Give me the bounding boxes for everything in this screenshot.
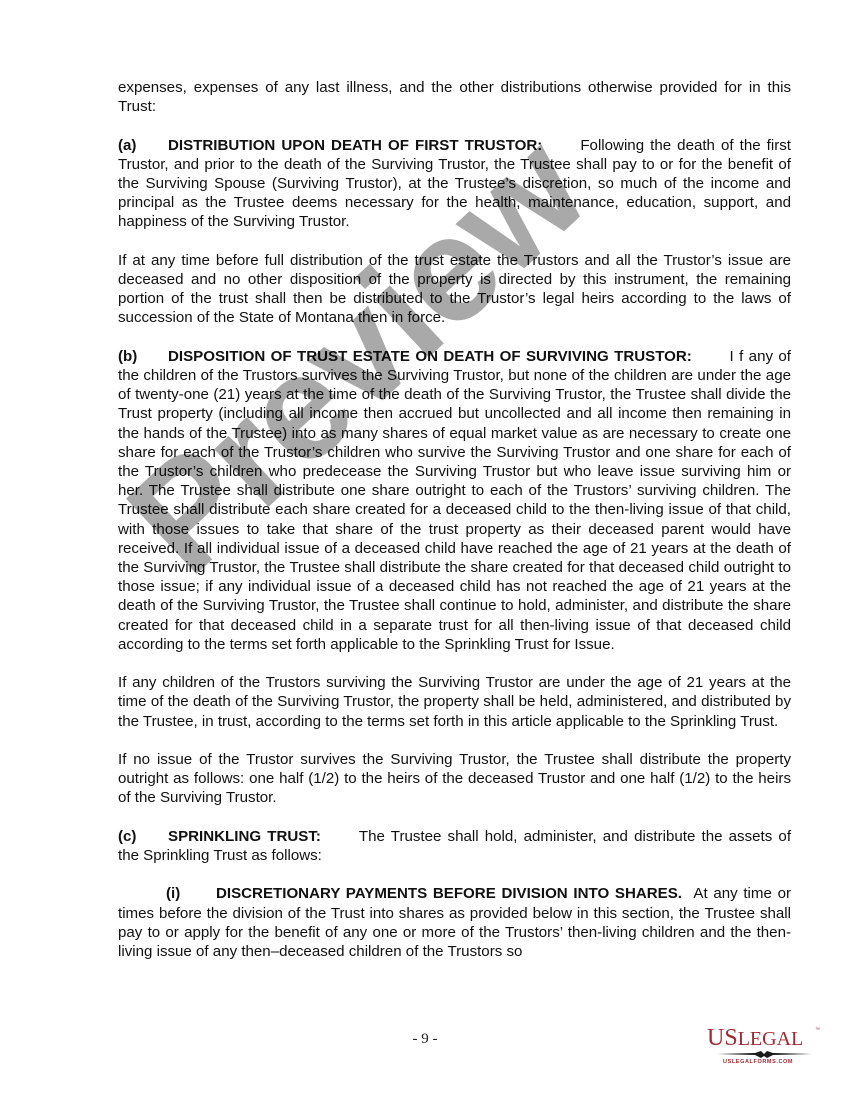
section-b-text: I f any of the children of the Trustors … (118, 348, 791, 653)
no-issue-paragraph: If no issue of the Trustor survives the … (118, 750, 791, 808)
section-a-heading: DISTRIBUTION UPON DEATH OF FIRST TRUSTOR… (168, 137, 542, 154)
logo-wordmark: USLEGAL (707, 1025, 803, 1052)
section-b: (b)DISPOSITION OF TRUST ESTATE ON DEATH … (118, 347, 791, 654)
section-a-label: (a) (118, 136, 168, 155)
document-body: expenses, expenses of any last illness, … (118, 78, 791, 961)
eagle-icon (717, 1051, 812, 1059)
section-c-i-heading: DISCRETIONARY PAYMENTS BEFORE DIVISION I… (216, 885, 682, 902)
section-c-i-label: (i) (166, 884, 216, 903)
section-c: (c)SPRINKLING TRUST:The Trustee shall ho… (118, 827, 791, 865)
document-page: expenses, expenses of any last illness, … (0, 0, 850, 1100)
section-b-heading: DISPOSITION OF TRUST ESTATE ON DEATH OF … (168, 348, 692, 365)
logo-url: USLEGALFORMS.COM (723, 1059, 793, 1065)
under-21-paragraph: If any children of the Trustors survivin… (118, 673, 791, 731)
section-c-i: (i)DISCRETIONARY PAYMENTS BEFORE DIVISIO… (118, 884, 791, 961)
section-c-heading: SPRINKLING TRUST: (168, 828, 321, 845)
intro-paragraph: expenses, expenses of any last illness, … (118, 78, 791, 116)
trademark-symbol: ™ (815, 1027, 820, 1033)
section-c-label: (c) (118, 827, 168, 846)
section-a: (a)DISTRIBUTION UPON DEATH OF FIRST TRUS… (118, 136, 791, 232)
heirs-paragraph: If at any time before full distribution … (118, 251, 791, 328)
section-b-label: (b) (118, 347, 168, 366)
uslegal-logo[interactable]: USLEGAL ™ USLEGALFORMS.COM (707, 1025, 822, 1070)
